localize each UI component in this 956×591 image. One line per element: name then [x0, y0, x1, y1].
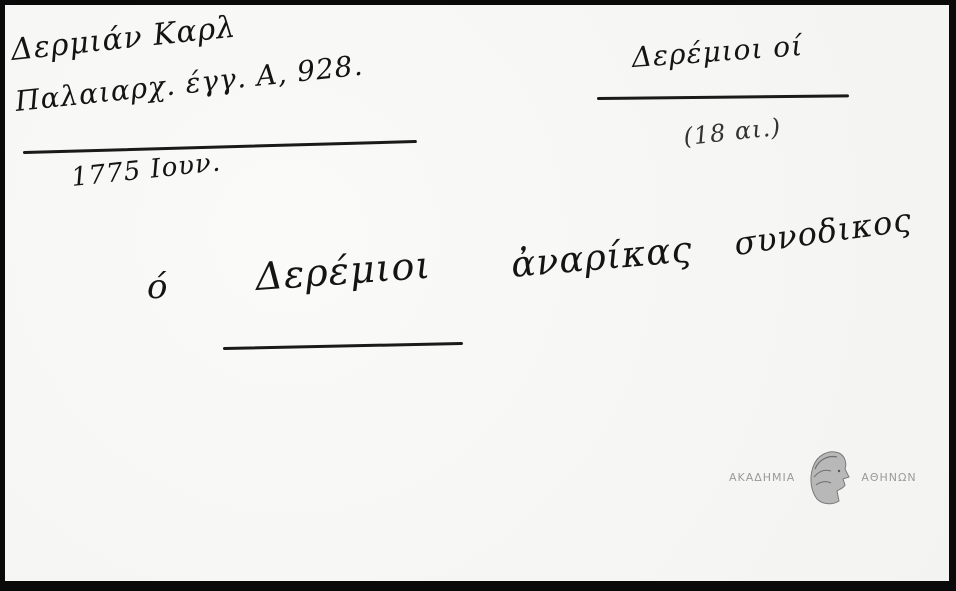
header-name-line: Δερμιάν Καρλ: [9, 10, 237, 68]
main-word-role: ἀναρίκας: [509, 229, 694, 286]
index-card: Δερμιάν Καρλ Παλαιαρχ. έγγ. Α, 928. 1775…: [5, 5, 949, 581]
main-word-name: Δερέμιοι: [254, 243, 433, 299]
header-underline-right: [597, 94, 849, 100]
academy-stamp: ΑΚΑΔΗΜΙΑ ΑΘΗΝΩΝ: [729, 442, 956, 512]
stamp-text-left: ΑΚΑΔΗΜΙΑ: [729, 471, 795, 484]
subject-heading: Δερέμιοι οί: [631, 29, 804, 74]
main-underline: [223, 342, 463, 350]
century-note: (18 αι.): [682, 113, 783, 151]
main-article: ό: [147, 267, 168, 307]
stamp-text-right: ΑΘΗΝΩΝ: [861, 471, 916, 484]
athena-head-icon: [805, 447, 851, 507]
main-word-title: συνοδικος: [732, 200, 915, 263]
header-underline-left: [23, 140, 417, 154]
header-date-line: 1775 Ιουν.: [70, 147, 223, 193]
